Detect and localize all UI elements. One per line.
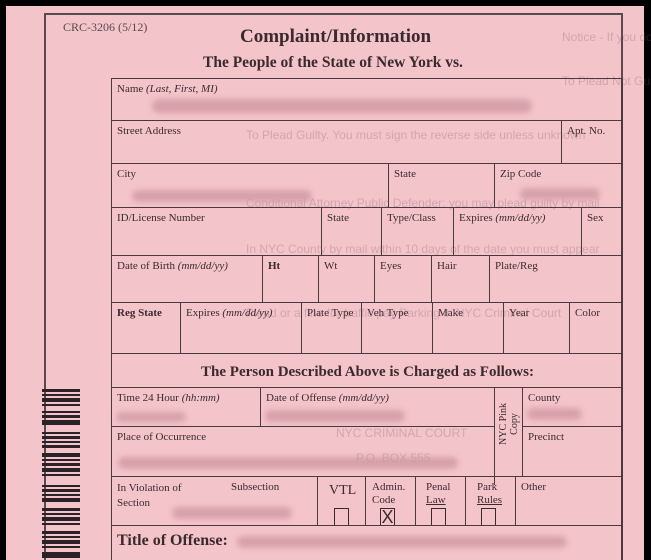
id-state-field[interactable]: State <box>321 207 381 255</box>
nyc-pink-copy-column: NYC PinkCopy <box>494 387 522 485</box>
form-code: CRC-3206 (5/12) <box>63 20 147 35</box>
make-label: Make <box>438 307 463 319</box>
violation-section-label: In Violation ofSection <box>117 481 182 511</box>
form-frame-top <box>44 13 622 15</box>
vtl-option[interactable]: VTL <box>317 476 365 525</box>
zip-code-label: Zip Code <box>500 168 541 180</box>
redacted-value <box>527 408 582 420</box>
plate-reg-field[interactable]: Plate/Reg <box>489 255 622 302</box>
weight-label: Wt <box>324 260 337 272</box>
county-field[interactable]: County <box>522 387 622 426</box>
veh-type-label: Veh Type <box>367 307 409 319</box>
redacted-value <box>237 536 567 548</box>
reg-expires-field[interactable]: Expires (mm/dd/yy) <box>180 302 301 353</box>
redacted-value <box>172 507 292 519</box>
hair-label: Hair <box>437 260 457 272</box>
date-of-birth-label: Date of Birth (mm/dd/yy) <box>117 260 228 272</box>
hair-field[interactable]: Hair <box>431 255 489 302</box>
precinct-field[interactable]: Precinct <box>522 426 622 476</box>
height-field[interactable]: Ht <box>262 255 318 302</box>
name-label: Name (Last, First, MI) <box>117 83 218 95</box>
penal-law-label: PenalLaw <box>426 481 450 507</box>
title-of-offense-field[interactable]: Title of Offense: <box>111 525 622 560</box>
charge-header: The Person Described Above is Charged as… <box>112 364 623 381</box>
type-class-field[interactable]: Type/Class <box>381 207 453 255</box>
id-state-label: State <box>327 212 349 224</box>
redacted-value <box>265 410 405 422</box>
grid-right-border <box>621 78 623 560</box>
city-label: City <box>117 168 136 180</box>
reg-expires-label: Expires (mm/dd/yy) <box>186 307 272 319</box>
admin-code-option[interactable]: Admin.Code X <box>365 476 415 525</box>
apt-no-field[interactable]: Apt. No. <box>561 120 622 163</box>
license-expires-label: Expires (mm/dd/yy) <box>459 212 545 224</box>
park-rules-option[interactable]: ParkRules <box>465 476 515 525</box>
street-address-field[interactable]: Street Address <box>111 120 561 163</box>
sex-field[interactable]: Sex <box>581 207 622 255</box>
date-of-offense-label: Date of Offense (mm/dd/yy) <box>266 392 389 404</box>
city-field[interactable]: City <box>111 163 388 207</box>
eyes-field[interactable]: Eyes <box>374 255 431 302</box>
penal-law-option[interactable]: PenalLaw <box>415 476 465 525</box>
barcode <box>42 387 80 560</box>
county-label: County <box>528 392 560 404</box>
precinct-label: Precinct <box>528 431 564 443</box>
other-label: Other <box>521 481 546 493</box>
eyes-label: Eyes <box>380 260 401 272</box>
park-rules-checkbox[interactable] <box>481 508 496 525</box>
veh-type-field[interactable]: Veh Type <box>361 302 432 353</box>
street-address-label: Street Address <box>117 125 181 137</box>
reg-state-field[interactable]: Reg State <box>111 302 180 353</box>
nyc-pink-copy-label: NYC PinkCopy <box>498 394 520 454</box>
vtl-checkbox[interactable] <box>334 508 349 525</box>
bleed-through-text: Notice - If you do not <box>562 30 651 44</box>
subsection-label: Subsection <box>231 481 279 493</box>
plate-type-field[interactable]: Plate Type <box>301 302 361 353</box>
color-label: Color <box>575 307 600 319</box>
plate-reg-label: Plate/Reg <box>495 260 538 272</box>
sex-label: Sex <box>587 212 604 224</box>
reg-state-label: Reg State <box>117 307 162 319</box>
plate-type-label: Plate Type <box>307 307 353 319</box>
make-field[interactable]: Make <box>432 302 503 353</box>
form-subtitle: The People of the State of New York vs. <box>203 54 463 72</box>
penal-law-checkbox[interactable] <box>431 508 446 525</box>
year-field[interactable]: Year <box>503 302 569 353</box>
color-field[interactable]: Color <box>569 302 622 353</box>
redacted-value <box>132 190 312 202</box>
title-of-offense-label: Title of Offense: <box>117 532 228 550</box>
charge-header-row: The Person Described Above is Charged as… <box>111 353 622 387</box>
zip-code-field[interactable]: Zip Code <box>494 163 622 207</box>
date-of-offense-field[interactable]: Date of Offense (mm/dd/yy) <box>260 387 494 426</box>
redacted-value <box>116 412 186 422</box>
place-of-occurrence-label: Place of Occurrence <box>117 431 206 443</box>
date-of-birth-field[interactable]: Date of Birth (mm/dd/yy) <box>111 255 262 302</box>
apt-no-label: Apt. No. <box>567 125 605 137</box>
violation-section-field[interactable]: In Violation ofSection Subsection <box>111 476 317 525</box>
id-license-field[interactable]: ID/License Number <box>111 207 321 255</box>
form-grid: Name (Last, First, MI) Street Address Ap… <box>111 78 622 560</box>
time-field[interactable]: Time 24 Hour (hh:mm) <box>111 387 260 426</box>
redacted-value <box>520 188 600 200</box>
height-label: Ht <box>268 260 280 272</box>
year-label: Year <box>509 307 529 319</box>
redacted-value <box>152 99 532 113</box>
id-license-label: ID/License Number <box>117 212 205 224</box>
park-rules-label: ParkRules <box>477 481 502 507</box>
type-class-label: Type/Class <box>387 212 436 224</box>
other-option[interactable]: Other <box>515 476 622 525</box>
redacted-value <box>118 457 458 469</box>
admin-code-checkbox[interactable]: X <box>380 508 395 525</box>
time-label: Time 24 Hour (hh:mm) <box>117 392 220 404</box>
state-label: State <box>394 168 416 180</box>
state-field[interactable]: State <box>388 163 494 207</box>
vtl-label: VTL <box>329 483 356 499</box>
place-of-occurrence-field[interactable]: Place of Occurrence <box>111 426 494 476</box>
form-title: Complaint/Information <box>240 26 431 48</box>
license-expires-field[interactable]: Expires (mm/dd/yy) <box>453 207 581 255</box>
weight-field[interactable]: Wt <box>318 255 374 302</box>
admin-code-label: Admin.Code <box>372 481 405 507</box>
name-field[interactable]: Name (Last, First, MI) <box>111 78 622 120</box>
